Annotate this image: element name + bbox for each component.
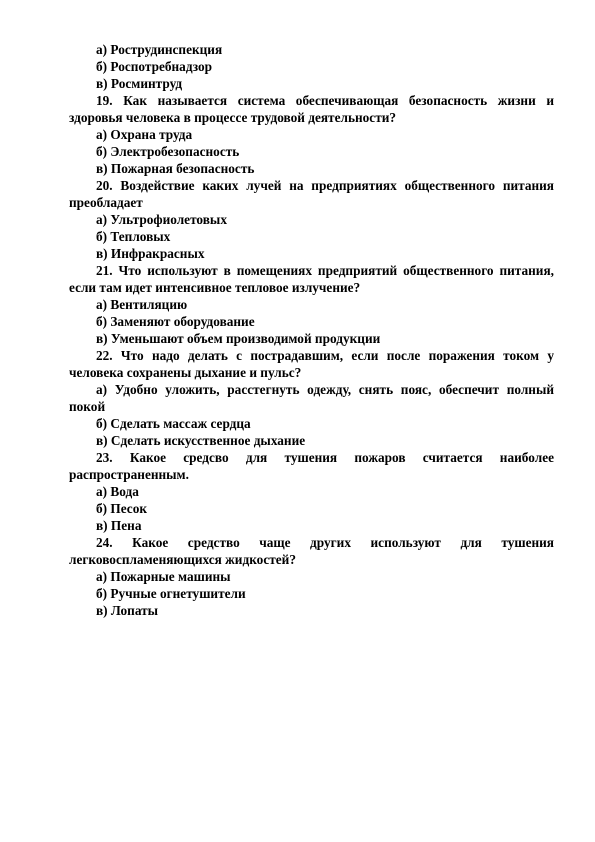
answer-option: б) Заменяют оборудование (69, 313, 554, 330)
document-page: а) Рострудинспекция б) Роспотребнадзор в… (69, 41, 554, 619)
answer-option: а) Рострудинспекция (69, 41, 554, 58)
answer-option: б) Роспотребнадзор (69, 58, 554, 75)
answer-option: б) Песок (69, 500, 554, 517)
answer-option: а) Охрана труда (69, 126, 554, 143)
answer-option: а) Вентиляцию (69, 296, 554, 313)
answer-option: в) Уменьшают объем производимой продукци… (69, 330, 554, 347)
question-22: 22. Что надо делать с пострадавшим, если… (69, 347, 554, 381)
question-24: 24. Какое средство чаще других использую… (69, 534, 554, 568)
answer-option: в) Пожарная безопасность (69, 160, 554, 177)
question-21: 21. Что используют в помещениях предприя… (69, 262, 554, 296)
question-20: 20. Воздействие каких лучей на предприят… (69, 177, 554, 211)
answer-option: а) Вода (69, 483, 554, 500)
answer-option: а) Пожарные машины (69, 568, 554, 585)
answer-option: в) Росминтруд (69, 75, 554, 92)
answer-option: б) Ручные огнетушители (69, 585, 554, 602)
question-23: 23. Какое средсво для тушения пожаров сч… (69, 449, 554, 483)
answer-option: а) Удобно уложить, расстегнуть одежду, с… (69, 381, 554, 415)
answer-option: в) Инфракрасных (69, 245, 554, 262)
answer-option: а) Ультрофиолетовых (69, 211, 554, 228)
answer-option: в) Пена (69, 517, 554, 534)
answer-option: в) Лопаты (69, 602, 554, 619)
answer-option: б) Электробезопасность (69, 143, 554, 160)
question-19: 19. Как называется система обеспечивающа… (69, 92, 554, 126)
answer-option: б) Сделать массаж сердца (69, 415, 554, 432)
answer-option: б) Тепловых (69, 228, 554, 245)
answer-option: в) Сделать искусственное дыхание (69, 432, 554, 449)
